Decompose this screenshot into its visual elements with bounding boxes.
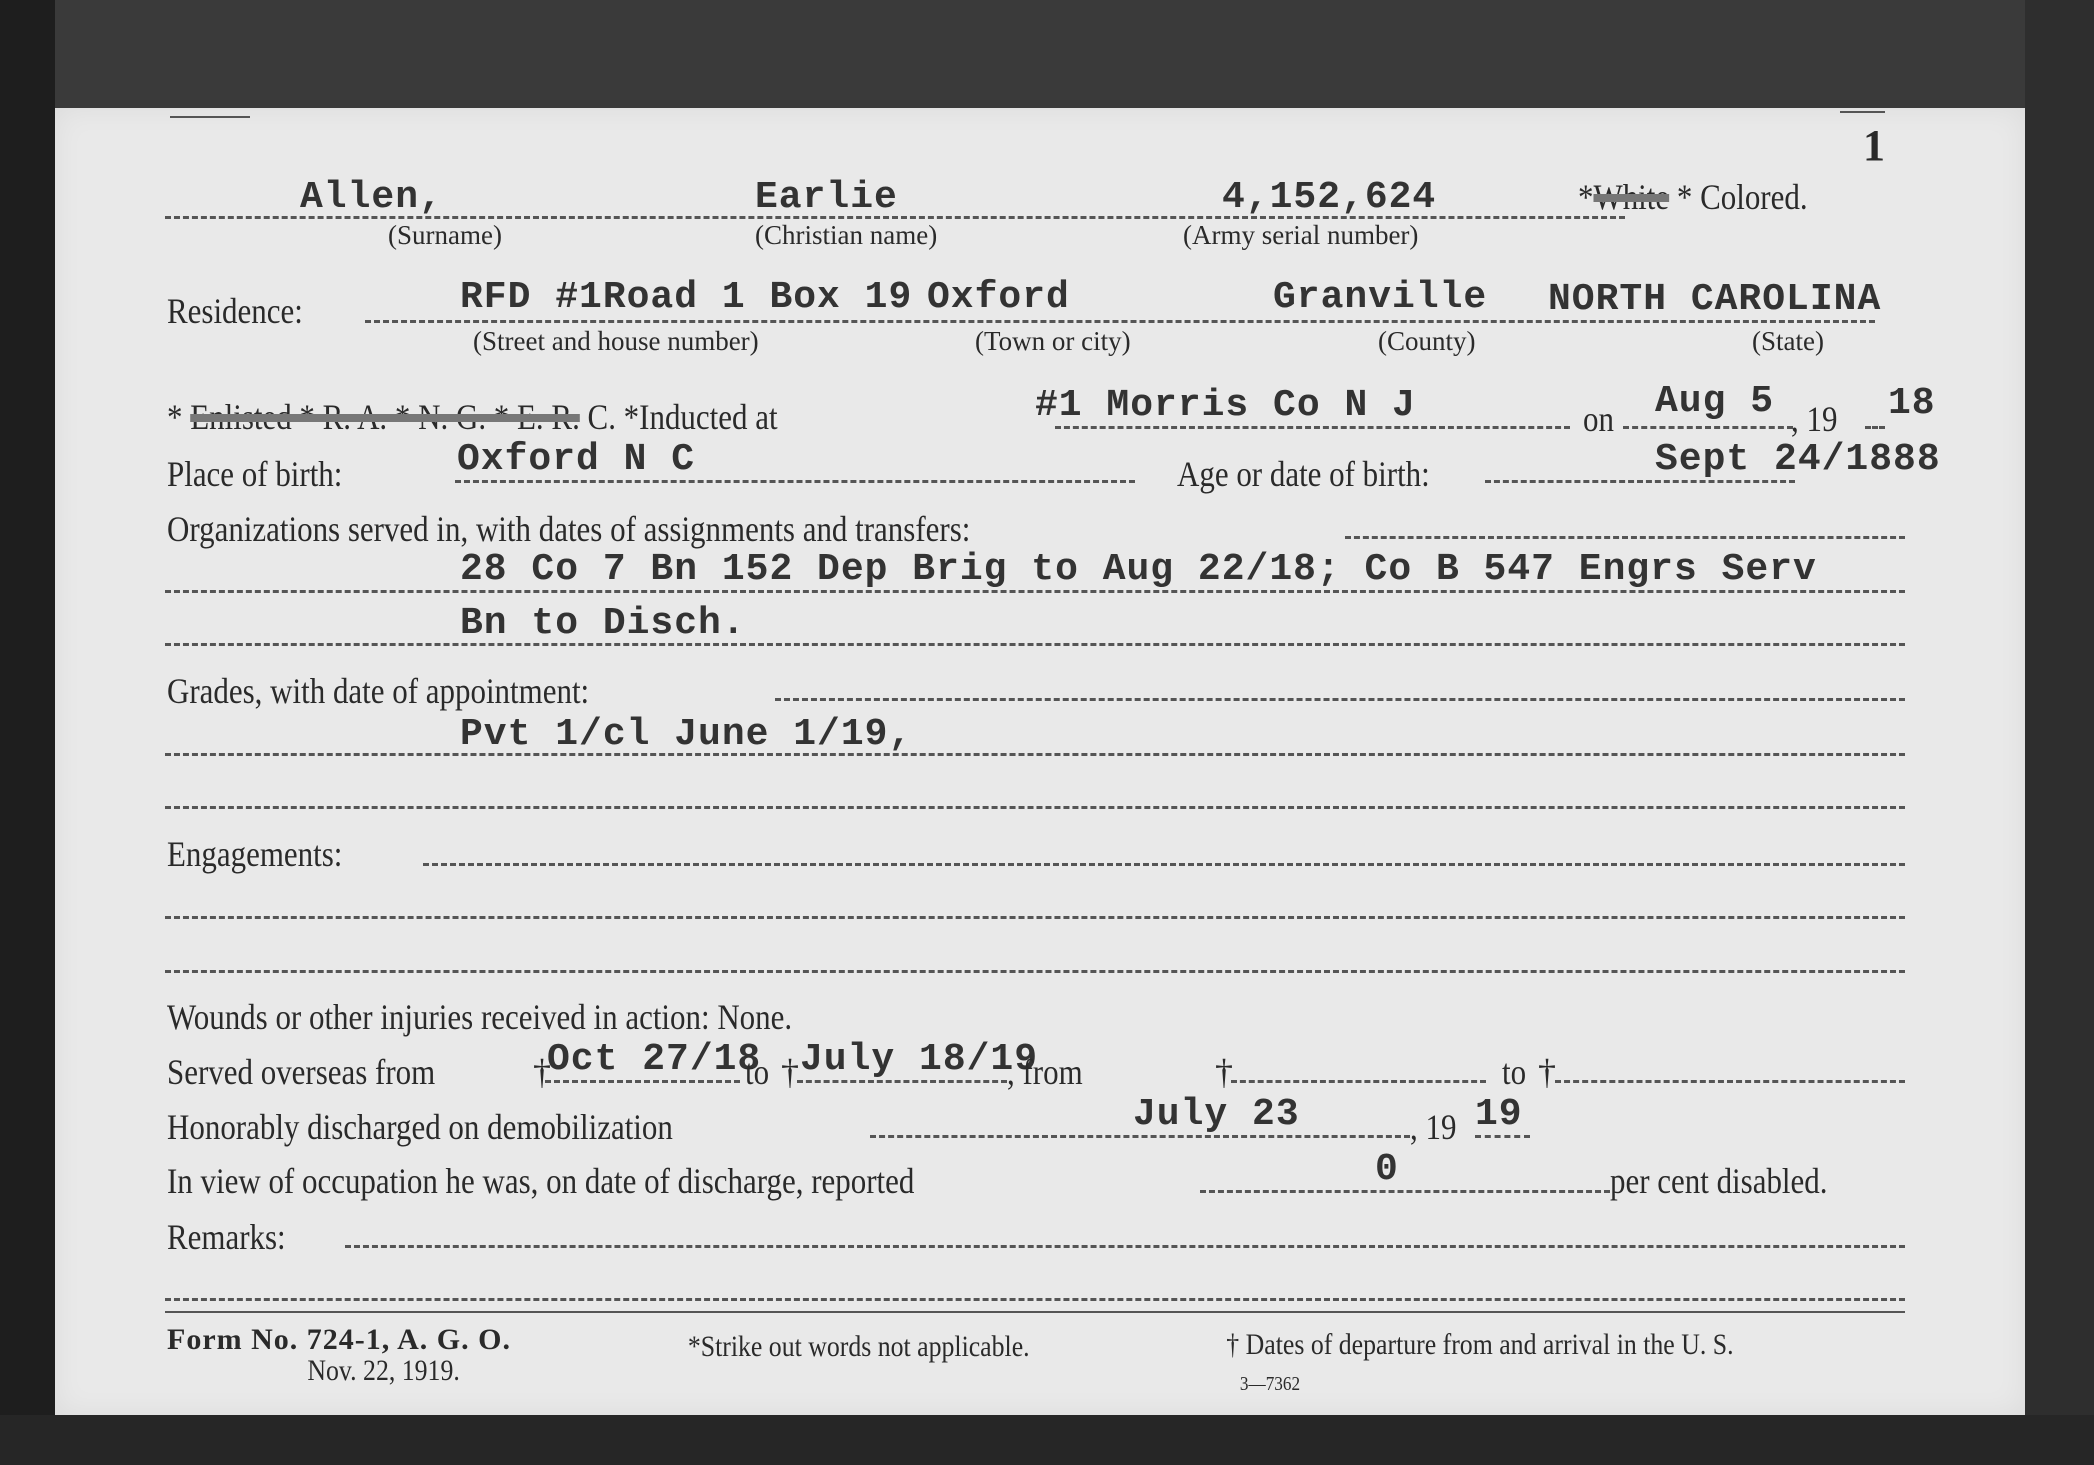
grades-line-1-value: Pvt 1/cl June 1/19, bbox=[460, 713, 912, 756]
disability-percent-value: 0 bbox=[1375, 1148, 1399, 1191]
form-date: Nov. 22, 1919. bbox=[307, 1354, 459, 1388]
overseas-from2-line bbox=[1231, 1080, 1486, 1083]
race-asterisk-2: * bbox=[1677, 177, 1692, 217]
induction-on-label: on bbox=[1583, 398, 1614, 440]
overseas-to2-line bbox=[1555, 1080, 1905, 1083]
scan-background-top bbox=[0, 0, 2094, 110]
residence-label: Residence: bbox=[167, 290, 303, 332]
place-of-birth-value: Oxford N C bbox=[457, 438, 695, 481]
overseas-from2-label: , from bbox=[1007, 1051, 1083, 1093]
grades-label: Grades, with date of appointment: bbox=[167, 670, 589, 712]
residence-street-value: RFD #1Road 1 Box 19 bbox=[460, 276, 912, 319]
induction-year-value: 18 bbox=[1888, 382, 1936, 425]
surname-label: (Surname) bbox=[388, 220, 502, 251]
scan-background-right bbox=[2025, 0, 2094, 1465]
serial-number-value: 4,152,624 bbox=[1222, 176, 1436, 219]
disability-label: In view of occupation he was, on date of… bbox=[167, 1160, 914, 1202]
overseas-dagger-4: † bbox=[1538, 1051, 1556, 1093]
surname-value: Allen, bbox=[300, 176, 443, 219]
induction-year-prefix: , 19 bbox=[1791, 398, 1837, 440]
footer-rule bbox=[165, 1311, 1905, 1313]
serial-number-label: (Army serial number) bbox=[1183, 220, 1418, 251]
card-number-mark bbox=[1840, 111, 1885, 113]
remarks-line-0 bbox=[345, 1245, 1905, 1248]
form-number: Form No. 724-1, A. G. O. bbox=[167, 1323, 511, 1357]
scan-background-bottom bbox=[0, 1415, 2094, 1465]
grades-line-2 bbox=[165, 806, 1905, 809]
organizations-line-0 bbox=[1345, 536, 1905, 539]
overseas-dagger-3: † bbox=[1215, 1051, 1233, 1093]
induction-year-line bbox=[1865, 426, 1885, 429]
engagements-line-2 bbox=[165, 970, 1905, 973]
overseas-label: Served overseas from bbox=[167, 1051, 435, 1093]
strike-note: *Strike out words not applicable. bbox=[688, 1330, 1030, 1364]
discharge-date-value: July 23 bbox=[1133, 1093, 1300, 1136]
date-of-birth-value: Sept 24/1888 bbox=[1655, 438, 1941, 481]
residence-county-value: Granville bbox=[1273, 276, 1487, 319]
overseas-to-label: to bbox=[745, 1051, 769, 1093]
residence-town-value: Oxford bbox=[927, 276, 1070, 319]
overseas-to2-label: to bbox=[1502, 1051, 1526, 1093]
print-code: 3—7362 bbox=[1240, 1373, 1300, 1396]
induction-date-line bbox=[1623, 426, 1793, 429]
disability-line bbox=[1200, 1190, 1610, 1193]
residence-state-value: NORTH CAROLINA bbox=[1548, 278, 1881, 321]
induction-place-value: #1 Morris Co N J bbox=[1035, 384, 1416, 427]
induction-asterisk: * bbox=[167, 397, 182, 437]
organizations-label: Organizations served in, with dates of a… bbox=[167, 508, 970, 550]
county-label: (County) bbox=[1378, 326, 1476, 357]
engagements-line-1 bbox=[165, 916, 1905, 919]
enlistment-options-struck: Enlisted * R. A. * N. G. * E. R. bbox=[190, 397, 580, 437]
top-left-mark bbox=[170, 116, 250, 118]
grades-line-0 bbox=[775, 698, 1905, 701]
induction-label: C. *Inducted at bbox=[588, 397, 778, 437]
service-record-card: 1 Allen, (Surname) Earlie (Christian nam… bbox=[55, 108, 2025, 1415]
overseas-dagger-2: † bbox=[781, 1051, 799, 1093]
scan-background-left bbox=[0, 0, 55, 1465]
street-label: (Street and house number) bbox=[473, 326, 759, 357]
state-label: (State) bbox=[1752, 326, 1824, 357]
induction-date-value: Aug 5 bbox=[1655, 380, 1774, 423]
engagements-line-0 bbox=[423, 863, 1905, 866]
remarks-line-1 bbox=[165, 1298, 1905, 1301]
discharge-label: Honorably discharged on demobilization bbox=[167, 1106, 673, 1148]
date-of-birth-label: Age or date of birth: bbox=[1177, 453, 1430, 495]
overseas-from-value: Oct 27/18 bbox=[547, 1038, 761, 1081]
place-of-birth-label: Place of birth: bbox=[167, 453, 342, 495]
grades-line-1 bbox=[165, 753, 1905, 756]
race-white-struck: White bbox=[1593, 177, 1669, 217]
remarks-label: Remarks: bbox=[167, 1216, 286, 1258]
discharge-year-value: 19 bbox=[1475, 1093, 1523, 1136]
disability-suffix: per cent disabled. bbox=[1610, 1160, 1827, 1202]
organizations-line-1-value: 28 Co 7 Bn 152 Dep Brig to Aug 22/18; Co… bbox=[460, 548, 1817, 591]
discharge-year-prefix: , 19 bbox=[1410, 1106, 1456, 1148]
dagger-note: † Dates of departure from and arrival in… bbox=[1226, 1328, 1733, 1362]
organizations-line-2 bbox=[165, 643, 1905, 646]
race-asterisk: * bbox=[1578, 177, 1593, 217]
overseas-to-value: July 18/19 bbox=[800, 1038, 1038, 1081]
christian-name-value: Earlie bbox=[755, 176, 898, 219]
wounds-label: Wounds or other injuries received in act… bbox=[167, 996, 792, 1038]
race-colored: Colored. bbox=[1700, 177, 1807, 217]
organizations-line-2-value: Bn to Disch. bbox=[460, 602, 746, 645]
card-number: 1 bbox=[1863, 120, 1885, 171]
town-label: (Town or city) bbox=[975, 326, 1131, 357]
engagements-label: Engagements: bbox=[167, 833, 342, 875]
christian-name-label: (Christian name) bbox=[755, 220, 937, 251]
